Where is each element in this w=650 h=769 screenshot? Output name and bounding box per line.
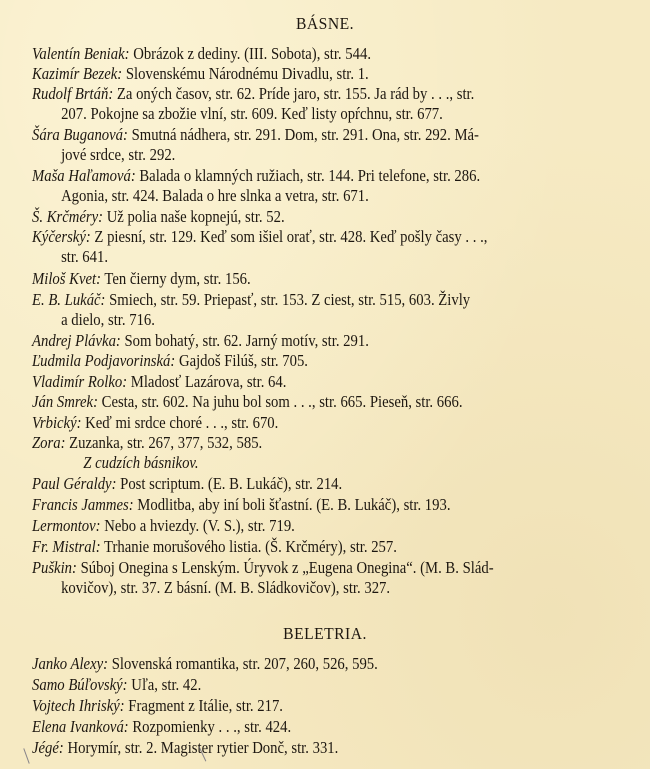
entry-continuation: str. 641. [32,247,545,267]
entry-continuation: jové srdce, str. 292. [32,145,545,165]
entry-text: Ten čierny dym, str. 156. [101,269,251,288]
entry-text: Mladosť Lazárova, str. 64. [127,372,286,391]
entry-continuation: 207. Pokojne sa zbožie vlní, str. 609. K… [32,104,545,124]
entry-author: Ján Smrek: [32,392,98,411]
section-heading-beletria: BELETRIA. [26,624,624,644]
entry-text: Zuzanka, str. 267, 377, 532, 585. [65,433,262,452]
index-entry: Rudolf Brtáň: Za oných časov, str. 62. P… [32,84,545,124]
index-entry: Maša Haľamová: Balada o klamných ružiach… [32,166,545,206]
entry-text: Smiech, str. 59. Priepasť, str. 153. Z c… [105,290,470,309]
entry-text: Za oných časov, str. 62. Príde jaro, str… [113,84,474,103]
entry-continuation: a dielo, str. 716. [32,310,545,330]
index-entry: Lermontov: Nebo a hviezdy. (V. S.), str.… [32,516,545,536]
entry-author: Vrbický: [32,413,81,432]
entry-text: Súboj Onegina s Lenským. Úryvok z „Eugen… [77,558,494,577]
index-entry: Janko Alexy: Slovenská romantika, str. 2… [32,654,545,674]
index-entry: Vojtech Ihriský: Fragment z Itálie, str.… [32,696,545,716]
entry-author: Š. Krčméry: [32,207,103,226]
index-entry: E. B. Lukáč: Smiech, str. 59. Priepasť, … [32,290,545,330]
entry-author: Francis Jammes: [32,495,134,514]
entry-text: Smutná nádhera, str. 291. Dom, str. 291.… [128,125,479,144]
index-entry: Š. Krčméry: Už polia naše kopnejú, str. … [32,207,545,227]
entry-text: Z piesní, str. 129. Keď som išiel orať, … [91,227,488,246]
entry-text: Fragment z Itálie, str. 217. [125,696,283,715]
index-entry: Valentín Beniak: Obrázok z dediny. (III.… [32,44,545,64]
entry-author: Kazimír Bezek: [32,64,122,83]
entry-author: Vojtech Ihriský: [32,696,125,715]
entry-author: Fr. Mistral: [32,537,101,556]
entry-text: Nebo a hviezdy. (V. S.), str. 719. [101,516,295,535]
index-entry: Ján Smrek: Cesta, str. 602. Na juhu bol … [32,392,545,412]
index-entry: Paul Géraldy: Post scriptum. (E. B. Luká… [32,474,545,494]
entry-text: Cesta, str. 602. Na juhu bol som . . ., … [98,392,463,411]
index-entry: Elena Ivanková: Rozpomienky . . ., str. … [32,717,545,737]
pencil-checkmark-icon [23,748,29,763]
entry-text: Modlitba, aby iní boli šťastní. (E. B. L… [134,495,451,514]
entry-author: Paul Géraldy: [32,474,116,493]
index-entry: Kýčerský: Z piesní, str. 129. Keď som iš… [32,227,545,267]
entry-author: Elena Ivanková: [32,717,129,736]
entry-author: Andrej Plávka: [32,331,121,350]
entry-text: Uľa, str. 42. [128,675,202,694]
entry-author: E. B. Lukáč: [32,290,105,309]
entry-text: Trhanie morušového listia. (Š. Krčméry),… [101,537,397,556]
entry-author: Miloš Kvet: [32,269,101,288]
entry-author: Maša Haľamová: [32,166,136,185]
entry-author: Valentín Beniak: [32,44,130,63]
document-page: BÁSNE. Valentín Beniak: Obrázok z dediny… [0,0,650,769]
entry-text: Slovenskému Národnému Divadlu, str. 1. [122,64,369,83]
index-entry: Ľudmila Podjavorinská: Gajdoš Filúš, str… [32,351,545,371]
entry-text: Gajdoš Filúš, str. 705. [175,351,308,370]
index-entry: Puškin: Súboj Onegina s Lenským. Úryvok … [32,558,545,598]
entry-continuation: Agonia, str. 424. Balada o hre slnka a v… [32,186,545,206]
subsection-heading: Z cudzích básnikov. [32,453,545,473]
entry-continuation: kovičov), str. 37. Z básní. (M. B. Sládk… [32,578,545,598]
entry-text: Už polia naše kopnejú, str. 52. [103,207,285,226]
index-entry: Miloš Kvet: Ten čierny dym, str. 156. [32,269,545,289]
entry-author: Jégé: [32,738,64,757]
index-entry: Andrej Plávka: Som bohatý, str. 62. Jarn… [32,331,545,351]
index-entry: Šára Buganová: Smutná nádhera, str. 291.… [32,125,545,165]
entry-author: Puškin: [32,558,77,577]
entry-text: Keď mi srdce choré . . ., str. 670. [81,413,278,432]
index-entry: Jégé: Horymír, str. 2. Magister rytier D… [32,738,545,758]
entry-author: Lermontov: [32,516,101,535]
index-entry: Vladimír Rolko: Mladosť Lazárova, str. 6… [32,372,545,392]
entry-text: Rozpomienky . . ., str. 424. [129,717,291,736]
entry-author: Zora: [32,433,65,452]
entry-author: Samo Búľovský: [32,675,128,694]
index-entry: Samo Búľovský: Uľa, str. 42. [32,675,545,695]
entry-author: Kýčerský: [32,227,91,246]
entry-text: Som bohatý, str. 62. Jarný motív, str. 2… [121,331,369,350]
index-entry: Vrbický: Keď mi srdce choré . . ., str. … [32,413,545,433]
index-entry: Zora: Zuzanka, str. 267, 377, 532, 585. [32,433,545,453]
entry-author: Rudolf Brtáň: [32,84,113,103]
section-heading-basne: BÁSNE. [26,14,624,34]
index-entry: Francis Jammes: Modlitba, aby iní boli š… [32,495,545,515]
entry-author: Vladimír Rolko: [32,372,127,391]
entry-text: Post scriptum. (E. B. Lukáč), str. 214. [116,474,342,493]
entry-author: Šára Buganová: [32,125,128,144]
entry-author: Janko Alexy: [32,654,108,673]
entry-author: Ľudmila Podjavorinská: [32,351,175,370]
index-entry: Fr. Mistral: Trhanie morušového listia. … [32,537,545,557]
subsection-title: Z cudzích básnikov. [32,453,545,473]
entry-text: Obrázok z dediny. (III. Sobota), str. 54… [130,44,371,63]
index-entry: Kazimír Bezek: Slovenskému Národnému Div… [32,64,545,84]
entry-text: Balada o klamných ružiach, str. 144. Pri… [136,166,480,185]
entry-text: Slovenská romantika, str. 207, 260, 526,… [108,654,378,673]
